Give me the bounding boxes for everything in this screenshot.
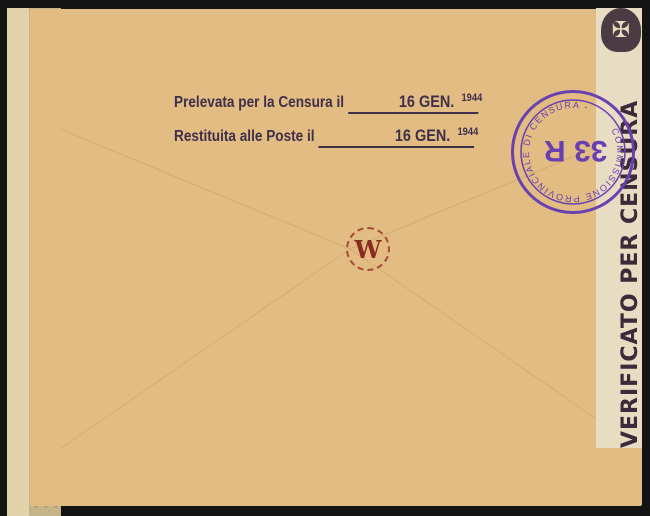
envelope — [30, 9, 642, 506]
censorship-circular-stamp: COMMISSIONE PROVINCIALE DI CENSURA - 33 … — [511, 90, 635, 214]
red-handstamp: W — [346, 227, 390, 271]
censor-line-returned: Restituita alle Poste il 16 GEN. 1944 — [174, 126, 478, 148]
censor-tape: VERIFICATO PER CENSURA — [596, 8, 642, 448]
censor-line-removed: Prelevata per la Censura il 16 GEN. 1944 — [174, 92, 482, 114]
savoy-cross-emblem-icon: ✠ — [601, 8, 641, 52]
